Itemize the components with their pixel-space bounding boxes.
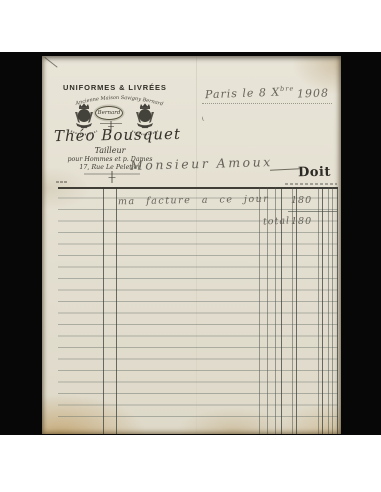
paper-crease [44, 57, 57, 68]
profession-label: Tailleur [58, 146, 162, 155]
entry-amount: 180 [291, 195, 312, 206]
table-column-line [337, 187, 338, 434]
table-column-line [328, 187, 329, 434]
doit-label: Doit [298, 165, 331, 181]
photo-background: UNIFORMES & LIVRÉES Ancienne Maison Savi… [0, 52, 381, 435]
amount-separator-line [288, 211, 337, 212]
stray-ink-mark [201, 116, 206, 122]
table-column-line [332, 187, 333, 434]
table-column-line [322, 187, 323, 434]
table-column-line [103, 187, 104, 434]
medallion-oval: Bernard [95, 106, 123, 120]
table-column-line [116, 187, 117, 434]
total-label: total [263, 216, 290, 228]
month-superscript: bre [280, 84, 294, 92]
invoice-paper: UNIFORMES & LIVRÉES Ancienne Maison Savi… [42, 56, 341, 434]
medallion-name: Bernard [98, 110, 121, 116]
table-column-line [259, 187, 260, 434]
recipient-name: Monsieur Amoux [130, 154, 273, 173]
table-column-line [318, 187, 319, 434]
total-amount: 180 [291, 216, 312, 227]
date-year: 1908 [297, 86, 329, 100]
recipient-flourish-stroke [270, 168, 300, 171]
owner-name: Théo Bousquet [54, 125, 181, 145]
form-corner-mark [56, 181, 67, 183]
screenshot-root: UNIFORMES & LIVRÉES Ancienne Maison Savi… [0, 0, 381, 492]
printer-credit-mark [285, 183, 337, 185]
ornament-divider-icon [84, 171, 140, 184]
